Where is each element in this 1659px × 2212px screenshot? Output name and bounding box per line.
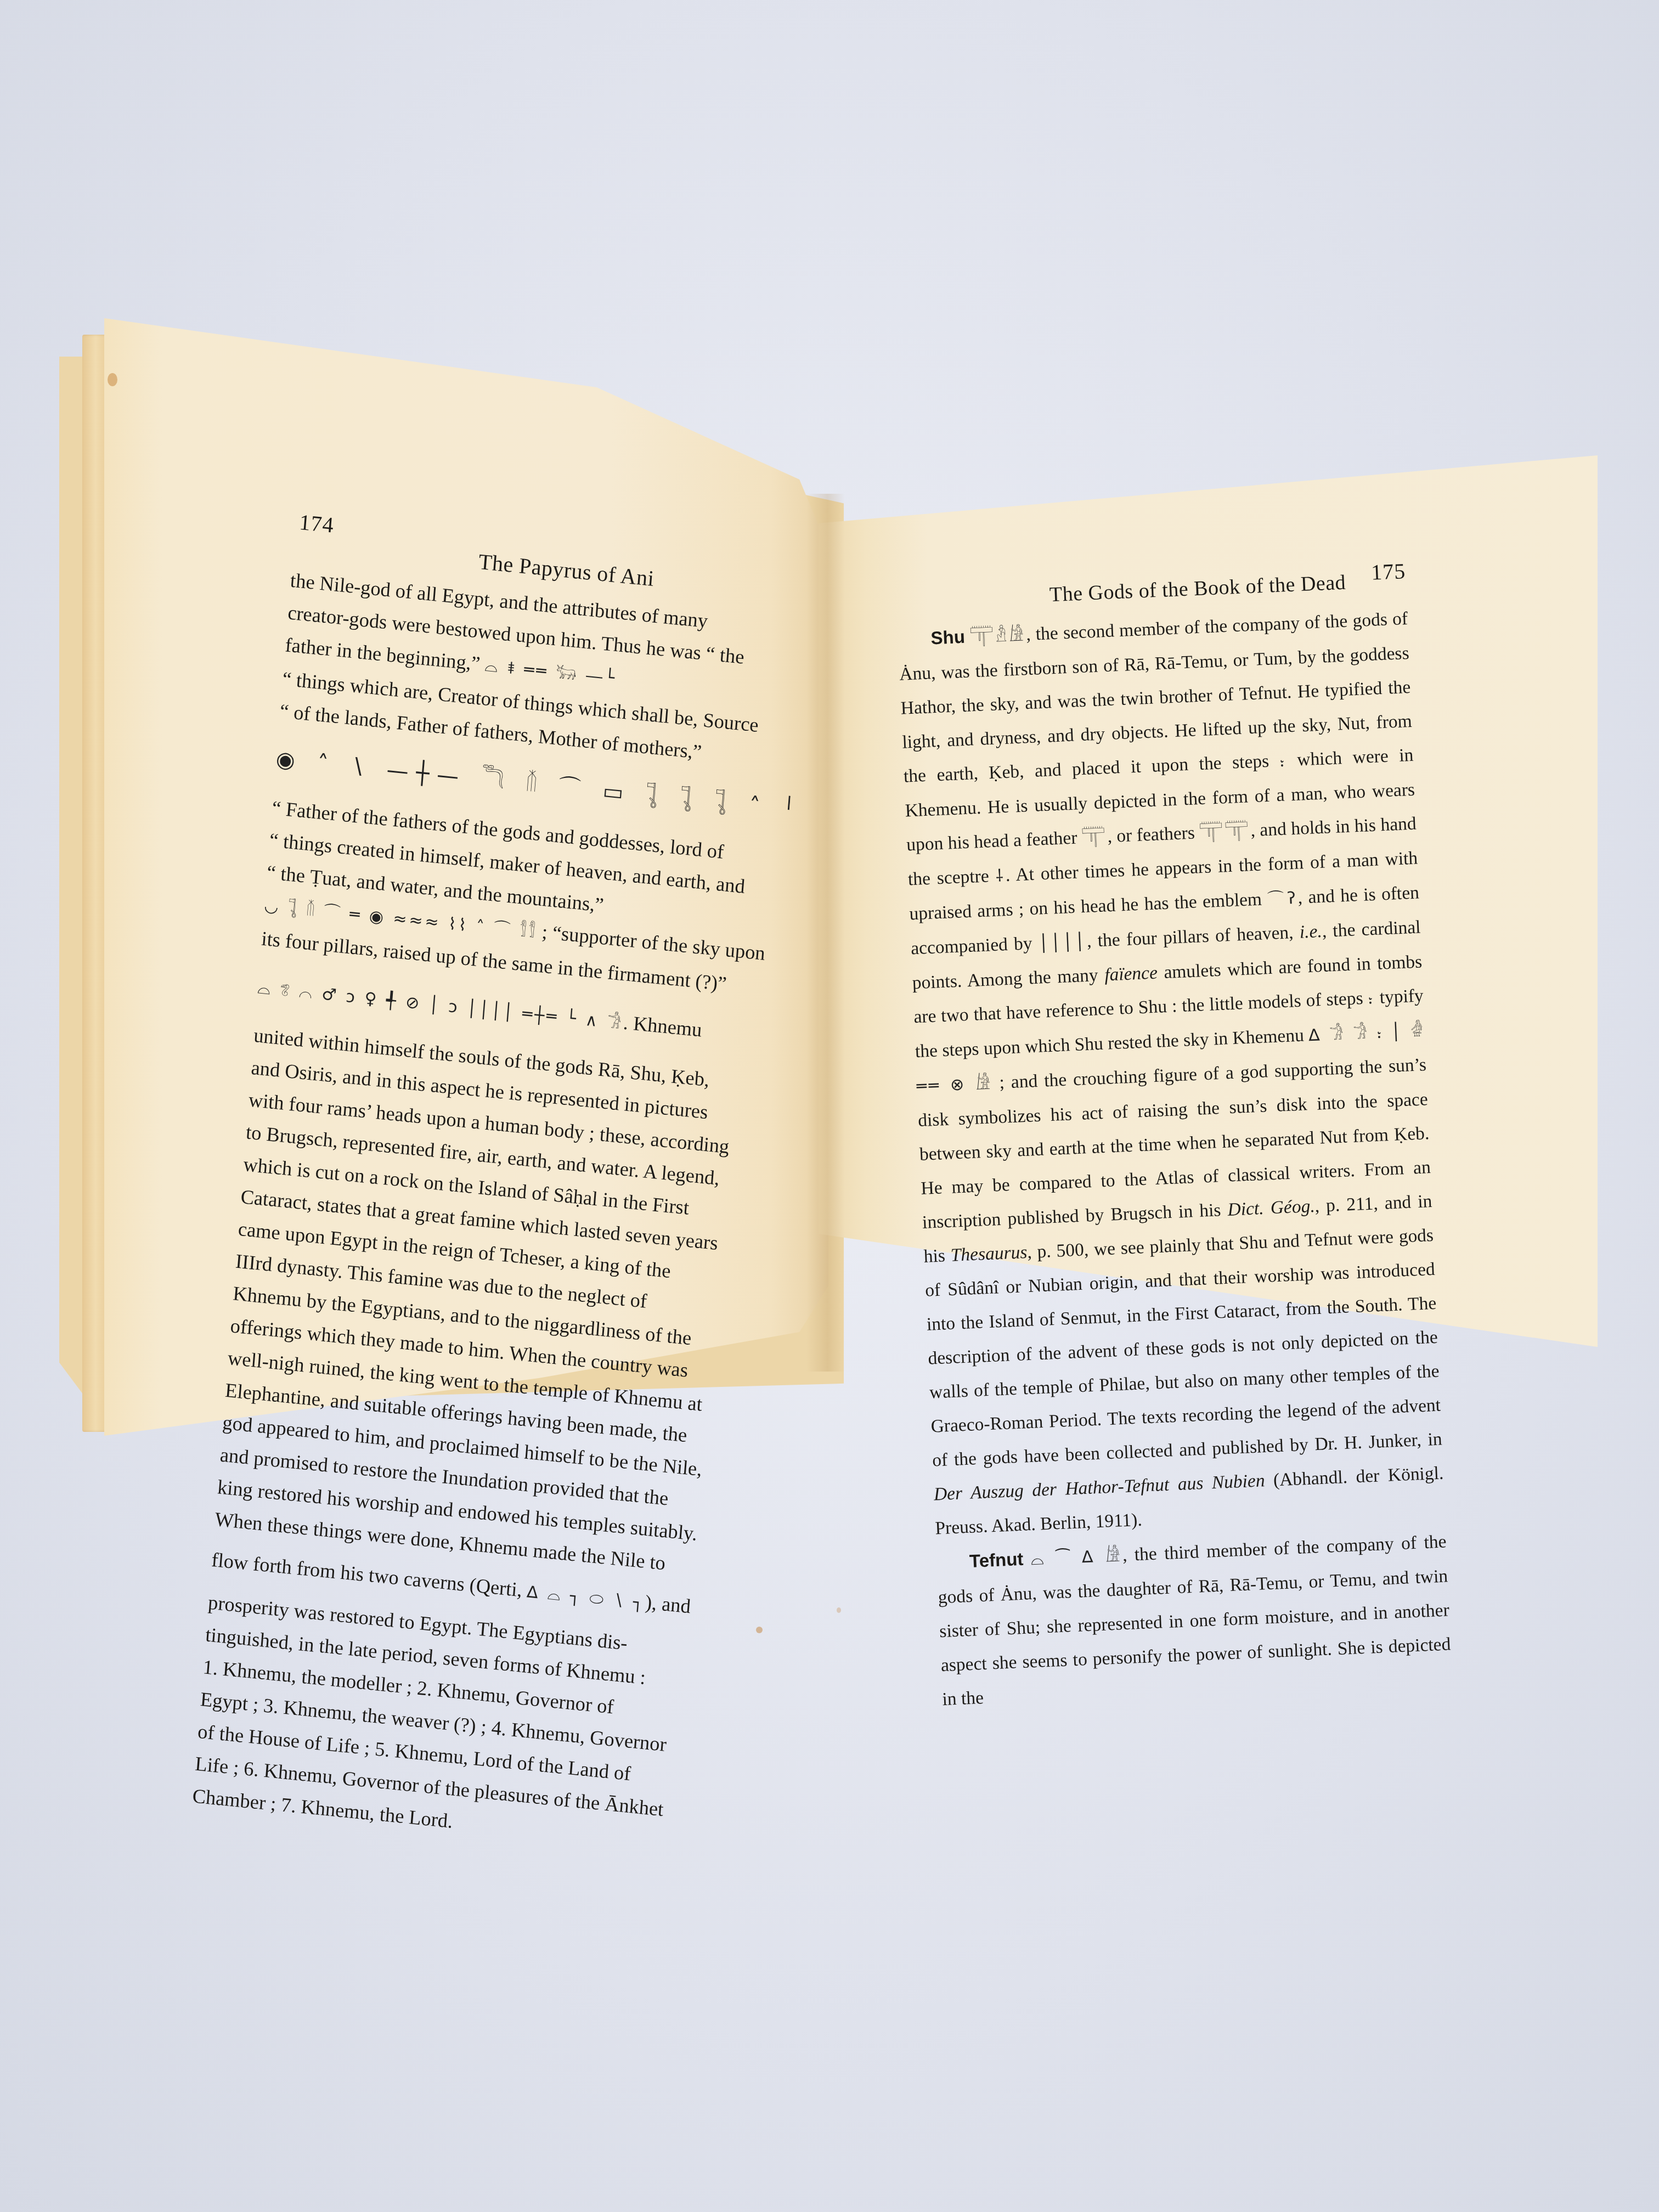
running-head-right: The Gods of the Book of the Dead (1049, 566, 1347, 612)
tefnut-hieroglyph-icon: ⌓ ⁀ ∆ 𓀚 (1030, 1546, 1123, 1569)
pillars-hieroglyph-icon: ││││ (1038, 932, 1087, 953)
gutter-shadow (806, 494, 845, 1372)
sceptre-hieroglyph-icon: ⸸ (995, 866, 1006, 886)
entry-shu: Shu 𓋳𓁜𓀚, the second member of the compan… (897, 601, 1446, 1545)
foxing-stain (756, 1627, 763, 1633)
shu-hieroglyph-icon: 𓋳𓁜𓀚 (969, 625, 1026, 647)
page-number-right: 175 (1370, 554, 1407, 590)
book-photo: 174 The Papyrus of Ani the Nile-god of a… (0, 0, 1659, 2212)
emblem-hieroglyph-icon: ⌒ʔ (1267, 889, 1299, 909)
foxing-stain (837, 1607, 841, 1613)
qerti-hieroglyphs: ∆ ⌓ ┐ ⬭ ∖ ┐ (526, 1582, 646, 1613)
foxing-stain (108, 373, 117, 386)
entry-tefnut: Tefnut ⌓ ⁀ ∆ 𓀚, the third member of the … (936, 1525, 1453, 1717)
right-page-text: The Gods of the Book of the Dead 175 Shu… (895, 557, 1453, 1717)
entry-term: Tefnut (969, 1549, 1024, 1571)
entry-term: Shu (930, 627, 966, 648)
feathers-hieroglyph-icon: 𓋳𓋳 (1199, 821, 1251, 843)
page-number-left: 174 (298, 506, 335, 541)
feather-hieroglyph-icon: 𓋳 (1081, 827, 1108, 848)
left-page-text: 174 The Papyrus of Ani the Nile-god of a… (191, 507, 810, 1862)
